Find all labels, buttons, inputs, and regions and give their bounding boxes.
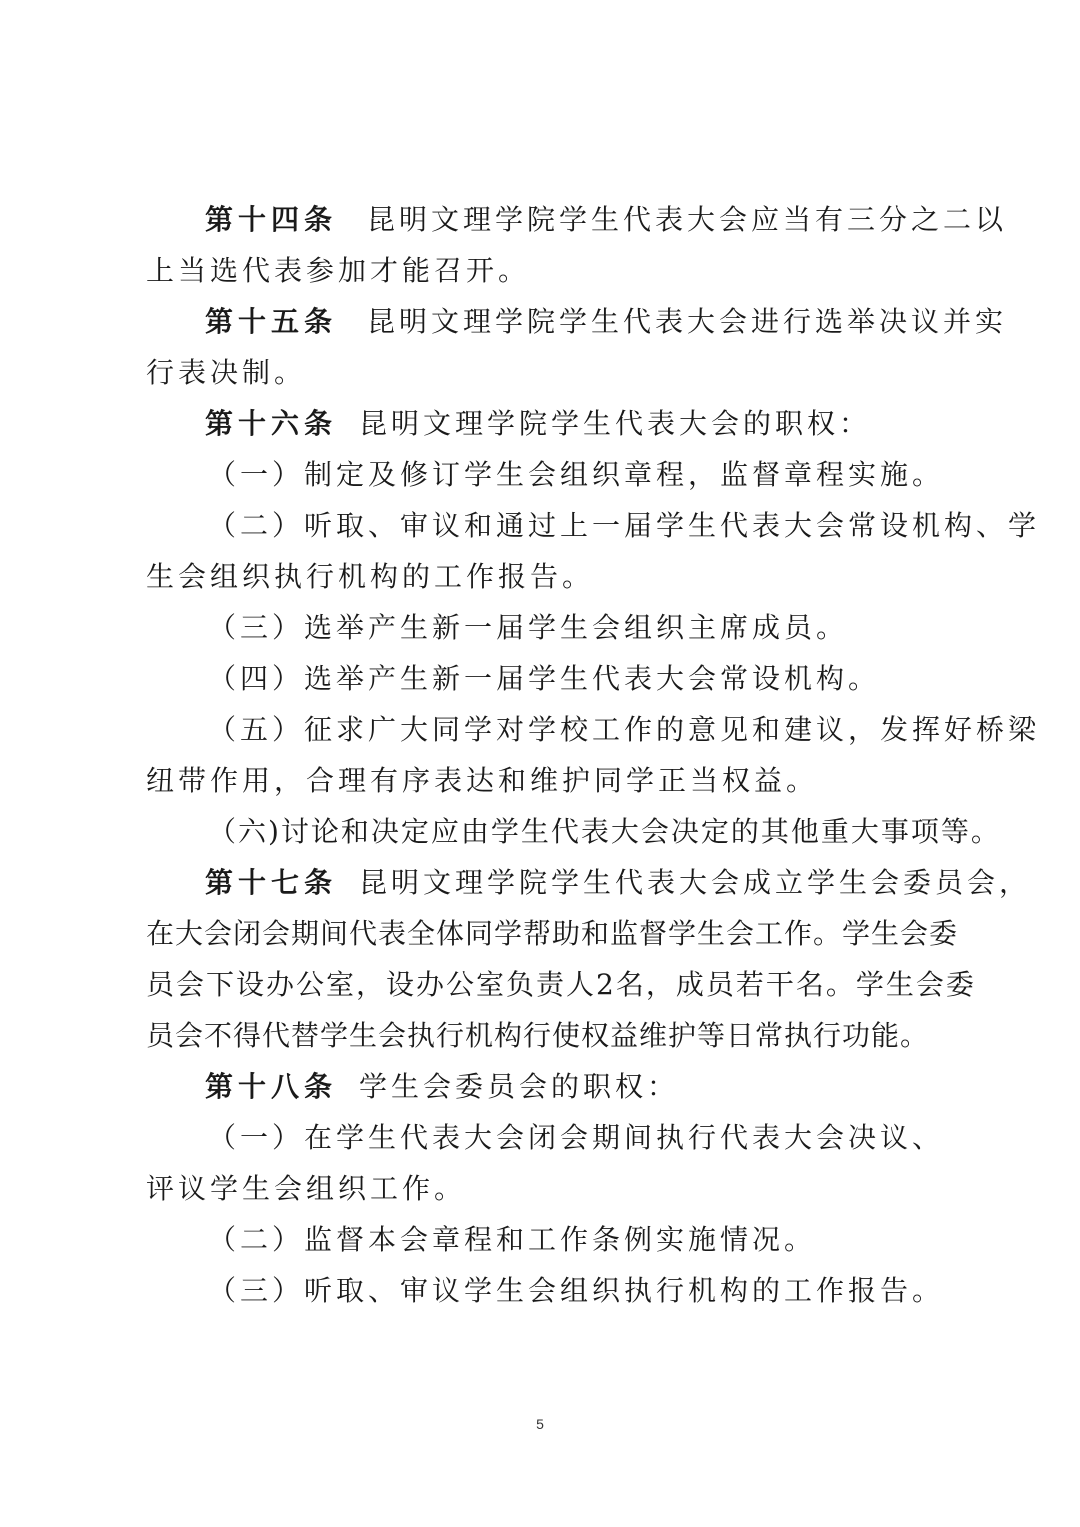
article-17-line-1: 第十七条昆明文理学院学生代表大会成立学生会委员会， — [205, 863, 1031, 903]
article-17-line-3: 员会下设办公室，设办公室负责人2名，成员若干名。学生会委 — [146, 965, 976, 1005]
article-17-line-4: 员会不得代替学生会执行机构行使权益维护等日常执行功能。 — [146, 1016, 929, 1056]
article-16-item-5-line-2: 纽带作用，合理有序表达和维护同学正当权益。 — [146, 761, 818, 801]
article-15-line-1: 第十五条昆明文理学院学生代表大会进行选举决议并实 — [205, 302, 1007, 342]
article-18-line-1: 第十八条学生会委员会的职权： — [205, 1067, 679, 1107]
article-14-line-2: 上当选代表参加才能召开。 — [146, 251, 530, 291]
article-16-item-1: （一）制定及修订学生会组织章程，监督章程实施。 — [208, 455, 944, 495]
article-18-item-2: （二）监督本会章程和工作条例实施情况。 — [208, 1220, 816, 1260]
article-14-label: 第十四条 — [205, 203, 337, 236]
article-18-item-1-line-1: （一）在学生代表大会闭会期间执行代表大会决议、 — [208, 1118, 944, 1158]
article-17-label: 第十七条 — [205, 866, 337, 899]
article-18-label: 第十八条 — [205, 1070, 337, 1103]
article-16-item-2-line-1: （二）听取、审议和通过上一届学生代表大会常设机构、学 — [208, 506, 1040, 546]
article-16-line-1: 第十六条昆明文理学院学生代表大会的职权： — [205, 404, 871, 444]
article-16-item-6: （六)讨论和决定应由学生代表大会决定的其他重大事项等。 — [208, 812, 1001, 852]
article-15-label: 第十五条 — [205, 305, 337, 338]
article-16-item-5-line-1: （五）征求广大同学对学校工作的意见和建议，发挥好桥梁 — [208, 710, 1040, 750]
article-14-line-1: 第十四条昆明文理学院学生代表大会应当有三分之二以 — [205, 200, 1007, 240]
article-17-line-2: 在大会闭会期间代表全体同学帮助和监督学生会工作。学生会委 — [146, 914, 958, 954]
article-16-label: 第十六条 — [205, 407, 337, 440]
article-18-item-3: （三）听取、审议学生会组织执行机构的工作报告。 — [208, 1271, 944, 1311]
page-number: 5 — [0, 1416, 1080, 1432]
article-15-line-2: 行表决制。 — [146, 353, 306, 393]
article-16-item-4: （四）选举产生新一届学生代表大会常设机构。 — [208, 659, 880, 699]
article-18-item-1-line-2: 评议学生会组织工作。 — [146, 1169, 466, 1209]
article-16-item-3: （三）选举产生新一届学生会组织主席成员。 — [208, 608, 848, 648]
article-16-item-2-line-2: 生会组织执行机构的工作报告。 — [146, 557, 594, 597]
document-page: 第十四条昆明文理学院学生代表大会应当有三分之二以 上当选代表参加才能召开。 第十… — [0, 0, 1080, 1527]
